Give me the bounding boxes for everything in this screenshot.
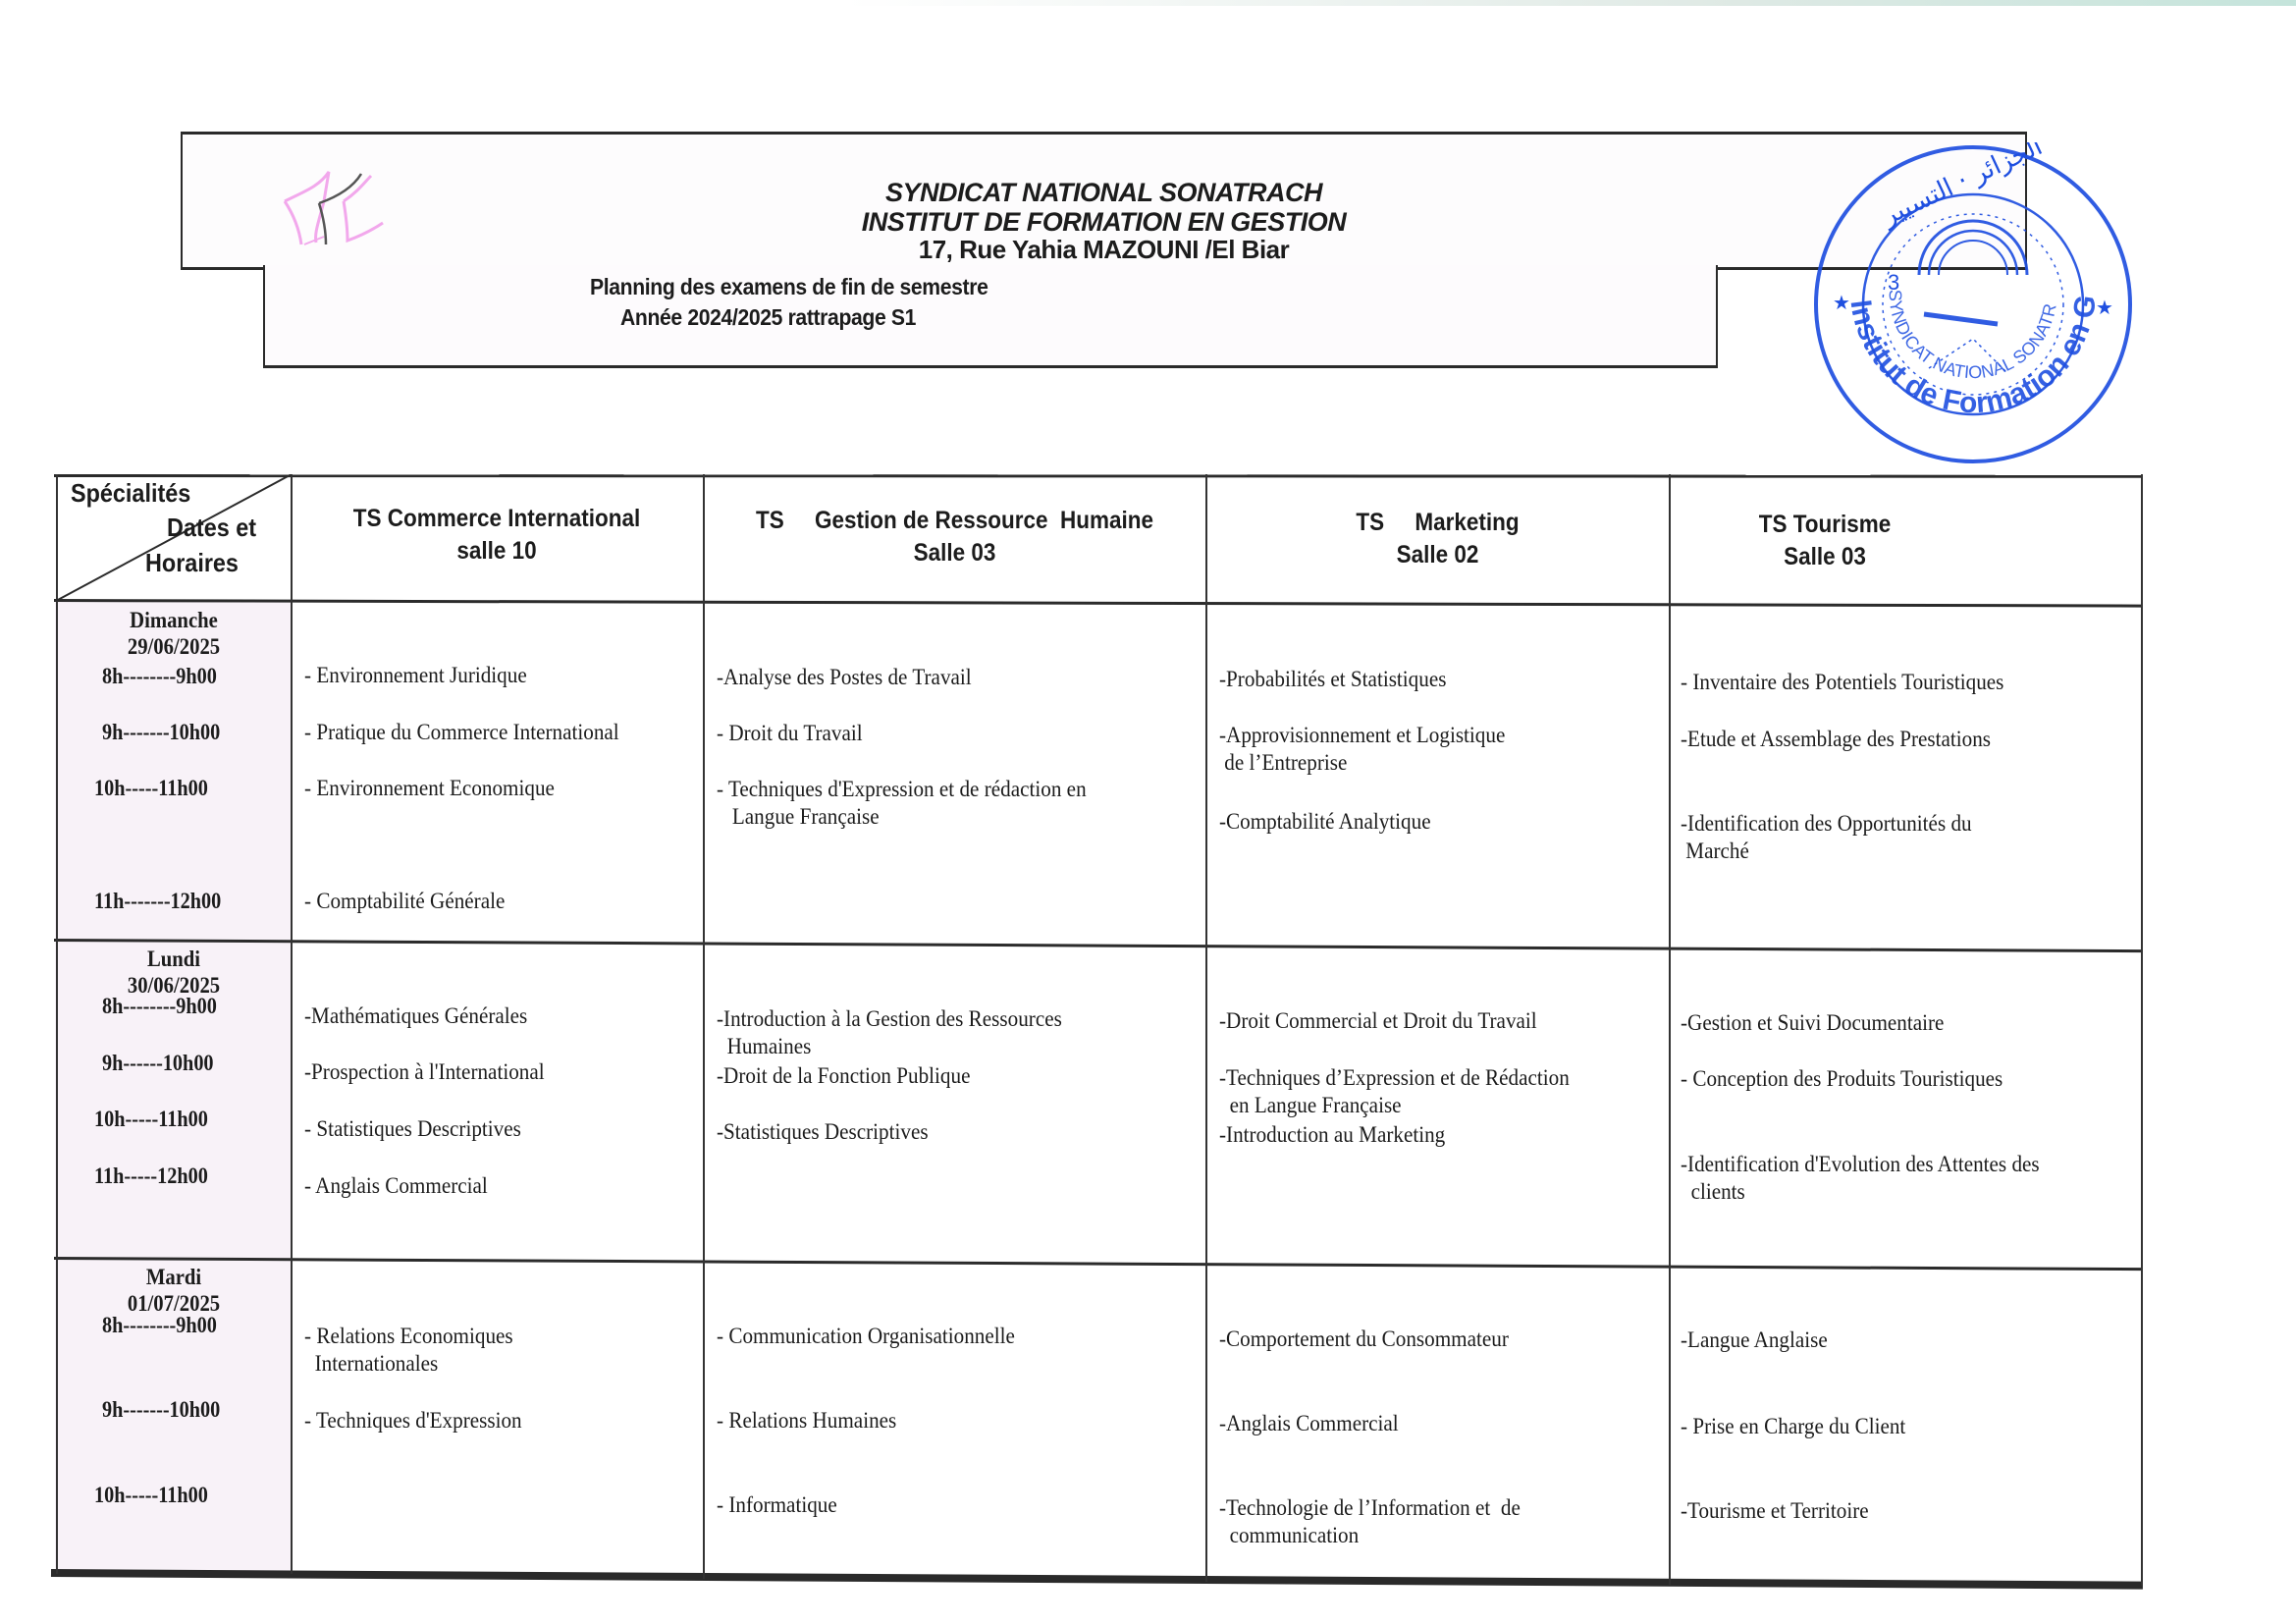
exam-subject: -Anglais Commercial (1219, 1410, 1399, 1437)
day-label: Lundi30/06/2025 (71, 946, 278, 999)
day-name: Mardi (71, 1264, 278, 1290)
exam-subject: -Introduction au Marketing (1219, 1121, 1445, 1149)
time-slot: 9h-------10h00 (102, 1397, 220, 1423)
exam-subject: -Etude et Assemblage des Prestations (1681, 726, 1991, 753)
institute-name: INSTITUT DE FORMATION EN GESTION (183, 207, 2025, 238)
exam-subject: -Mathématiques Générales (304, 1002, 527, 1030)
exam-subject: -Droit Commercial et Droit du Travail (1219, 1007, 1537, 1035)
exam-subject: -Gestion et Suivi Documentaire (1681, 1009, 1944, 1037)
time-slot: 9h------10h00 (102, 1051, 214, 1076)
exam-subject: - Comptabilité Générale (304, 888, 505, 915)
day-label: Dimanche29/06/2025 (71, 607, 278, 660)
institution-header-box: SYNDICAT NATIONAL SONATRACH INSTITUT DE … (181, 132, 2027, 270)
svg-text:★: ★ (1833, 293, 1850, 314)
exam-title-box: Planning des examens de fin de semestre … (263, 265, 1718, 368)
time-slot: 8h--------9h00 (102, 994, 217, 1019)
exam-subject: - Environnement Economique (304, 775, 555, 802)
time-slot: 11h-------12h00 (94, 889, 221, 914)
exam-subject: - Relations Humaines (717, 1407, 896, 1435)
exam-subject: - Relations Economiques Internationales (304, 1323, 513, 1378)
exam-subject: - Droit du Travail (717, 720, 863, 747)
exam-subject: - Inventaire des Potentiels Touristiques (1681, 669, 2003, 696)
exam-subject: -Techniques d’Expression et de Rédaction… (1219, 1064, 1570, 1119)
table-right-border (2141, 474, 2143, 1586)
col-divider-1 (291, 474, 293, 1574)
scan-edge-artifact (844, 0, 2296, 6)
col-divider-3 (1205, 474, 1207, 1582)
exam-subject: - Environnement Juridique (304, 662, 527, 689)
exam-subject: -Droit de la Fonction Publique (717, 1062, 970, 1090)
col-header-tourisme: TS Tourisme Salle 03 (1688, 509, 1962, 573)
day-label: Mardi01/07/2025 (71, 1264, 278, 1317)
svg-text:3: 3 (1888, 270, 1899, 295)
exam-subject: -Prospection à l'International (304, 1058, 545, 1086)
exam-subject: -Introduction à la Gestion des Ressource… (717, 1005, 1062, 1060)
program-name: TS Marketing (1232, 507, 1643, 539)
corner-dates-label: Dates et (167, 513, 256, 543)
date-column-shading (55, 601, 291, 1573)
table-left-border (56, 474, 58, 1574)
exam-subject: -Identification d'Evolution des Attentes… (1681, 1151, 2040, 1206)
program-name: TS Commerce International (315, 503, 679, 535)
exam-subject: -Comportement du Consommateur (1219, 1326, 1509, 1353)
day-name: Lundi (71, 946, 278, 972)
svg-text:★: ★ (2096, 298, 2113, 319)
room-name: salle 10 (315, 535, 679, 568)
exam-subject: - Informatique (717, 1491, 837, 1519)
program-name: TS Tourisme (1688, 509, 1962, 541)
time-slot: 10h-----11h00 (94, 1107, 208, 1132)
official-stamp-icon: Institut de Formation en Gestion - Alger… (1811, 142, 2135, 466)
institute-logo-icon (265, 162, 393, 255)
exam-subject: -Statistiques Descriptives (717, 1118, 929, 1146)
exam-subject: -Approvisionnement et Logistique de l’En… (1219, 722, 1505, 777)
exam-subject: - Statistiques Descriptives (304, 1115, 521, 1143)
exam-subject: -Analyse des Postes de Travail (717, 664, 972, 691)
exam-subject: - Anglais Commercial (304, 1172, 488, 1200)
exam-subject: - Techniques d'Expression (304, 1407, 522, 1435)
exam-subject: -Technologie de l’Information et de comm… (1219, 1494, 1521, 1549)
time-slot: 8h--------9h00 (102, 664, 217, 689)
corner-specialites-label: Spécialités (71, 478, 190, 509)
time-slot: 10h-----11h00 (94, 776, 208, 801)
exam-subject: -Identification des Opportunités du Marc… (1681, 810, 1972, 865)
exam-subject: -Comptabilité Analytique (1219, 808, 1431, 836)
exam-subject: - Communication Organisationnelle (717, 1323, 1015, 1350)
exam-subject: -Tourisme et Territoire (1681, 1497, 1869, 1525)
time-slot: 10h-----11h00 (94, 1483, 208, 1508)
room-name: Salle 03 (1688, 541, 1962, 573)
exam-subject: - Pratique du Commerce International (304, 719, 619, 746)
time-slot: 8h--------9h00 (102, 1313, 217, 1338)
time-slot: 9h-------10h00 (102, 720, 220, 745)
room-name: Salle 03 (731, 537, 1178, 569)
day-date: 29/06/2025 (71, 633, 278, 660)
col-header-commerce-international: TS Commerce International salle 10 (315, 503, 679, 568)
exam-subject: - Conception des Produits Touristiques (1681, 1065, 2002, 1093)
svg-text:الجزائر · التسيير: الجزائر · التسيير (1876, 142, 2047, 233)
exam-subject: -Probabilités et Statistiques (1219, 666, 1446, 693)
exam-subject: - Prise en Charge du Client (1681, 1413, 1905, 1440)
day-name: Dimanche (71, 607, 278, 633)
corner-horaires-label: Horaires (145, 548, 239, 578)
org-name: SYNDICAT NATIONAL SONATRACH (183, 178, 2025, 208)
col-header-marketing: TS Marketing Salle 02 (1232, 507, 1643, 571)
time-slot: 11h-----12h00 (94, 1164, 208, 1189)
institute-address: 17, Rue Yahia MAZOUNI /El Biar (183, 235, 2025, 265)
col-divider-4 (1669, 474, 1671, 1585)
exam-subject: -Langue Anglaise (1681, 1326, 1828, 1354)
exam-subject: - Techniques d'Expression et de rédactio… (717, 776, 1087, 831)
col-divider-2 (703, 474, 705, 1579)
academic-year: Année 2024/2025 rattrapage S1 (620, 304, 916, 331)
col-header-grh: TS Gestion de Ressource Humaine Salle 03 (731, 505, 1178, 569)
planning-title: Planning des examens de fin de semestre (590, 274, 988, 300)
program-name: TS Gestion de Ressource Humaine (731, 505, 1178, 537)
room-name: Salle 02 (1232, 539, 1643, 571)
